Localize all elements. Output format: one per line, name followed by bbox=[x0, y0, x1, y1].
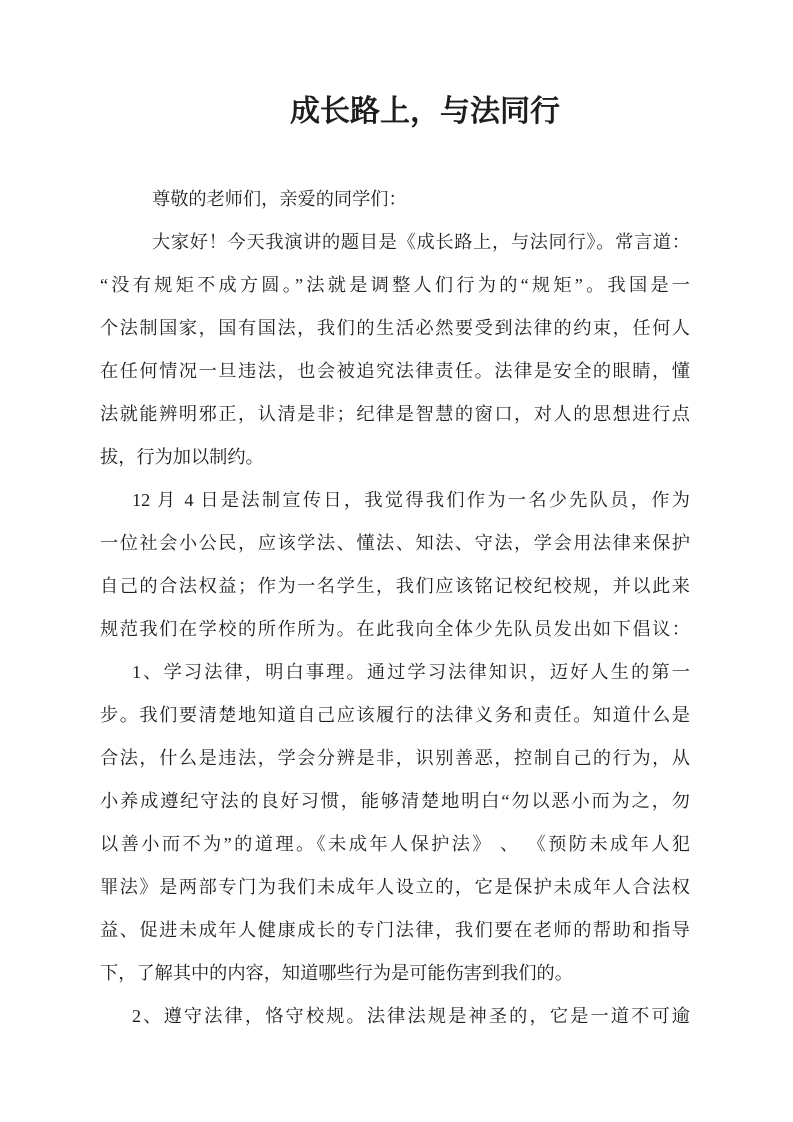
text-line: 2、遵守法律，恪守校规。法律法规是神圣的，它是一道不可逾 bbox=[100, 995, 690, 1038]
text-line: 一位社会小公民，应该学法、懂法、知法、守法，学会用法律来保护 bbox=[100, 522, 690, 565]
text-line: 1、学习法律，明白事理。通过学习法律知识，迈好人生的第一 bbox=[100, 651, 690, 694]
text-line: “没有规矩不成方圆。”法就是调整人们行为的“规矩”。我国是一 bbox=[100, 264, 690, 307]
text-line: 规范我们在学校的所作所为。在此我向全体少先队员发出如下倡议： bbox=[100, 608, 690, 651]
text-line: 拔，行为加以制约。 bbox=[100, 436, 690, 479]
text-line: 12 月 4 日是法制宣传日，我觉得我们作为一名少先队员，作为 bbox=[100, 479, 690, 522]
document-title: 成长路上，与法同行 bbox=[100, 92, 690, 132]
document-page: 成长路上，与法同行 尊敬的老师们，亲爱的同学们： 大家好！今天我演讲的题目是《成… bbox=[0, 0, 793, 1122]
text-line: 下，了解其中的内容，知道哪些行为是可能伤害到我们的。 bbox=[100, 952, 690, 995]
text-line: 罪法》是两部专门为我们未成年人设立的，它是保护未成年人合法权 bbox=[100, 866, 690, 909]
text-line: 个法制国家，国有国法，我们的生活必然要受到法律的约束，任何人 bbox=[100, 307, 690, 350]
paragraph-proposal-2-obey-law: 2、遵守法律，恪守校规。法律法规是神圣的，它是一道不可逾 bbox=[100, 995, 690, 1038]
text-line: 法就能辨明邪正，认清是非；纪律是智慧的窗口，对人的思想进行点 bbox=[100, 393, 690, 436]
text-line: 在任何情况一旦违法，也会被追究法律责任。法律是安全的眼睛，懂 bbox=[100, 350, 690, 393]
text-line: 步。我们要清楚地知道自己应该履行的法律义务和责任。知道什么是 bbox=[100, 694, 690, 737]
text-line: 以善小而不为”的道理。《未成年人保护法》 、 《预防未成年人犯 bbox=[100, 823, 690, 866]
paragraph-greeting: 尊敬的老师们，亲爱的同学们： bbox=[100, 178, 690, 221]
paragraph-proposal-1-learn-law: 1、学习法律，明白事理。通过学习法律知识，迈好人生的第一步。我们要清楚地知道自己… bbox=[100, 651, 690, 995]
text-line: 益、促进未成年人健康成长的专门法律，我们要在老师的帮助和指导 bbox=[100, 909, 690, 952]
paragraph-legal-publicity-day: 12 月 4 日是法制宣传日，我觉得我们作为一名少先队员，作为一位社会小公民，应… bbox=[100, 479, 690, 651]
text-line: 小养成遵纪守法的良好习惯，能够清楚地明白“勿以恶小而为之，勿 bbox=[100, 780, 690, 823]
paragraph-opening: 大家好！今天我演讲的题目是《成长路上，与法同行》。常言道：“没有规矩不成方圆。”… bbox=[100, 221, 690, 479]
text-line: 合法，什么是违法，学会分辨是非，识别善恶，控制自己的行为，从 bbox=[100, 737, 690, 780]
text-line: 尊敬的老师们，亲爱的同学们： bbox=[100, 178, 690, 221]
document-body: 尊敬的老师们，亲爱的同学们： 大家好！今天我演讲的题目是《成长路上，与法同行》。… bbox=[100, 178, 690, 1038]
text-line: 自己的合法权益；作为一名学生，我们应该铭记校纪校规，并以此来 bbox=[100, 565, 690, 608]
text-line: 大家好！今天我演讲的题目是《成长路上，与法同行》。常言道： bbox=[100, 221, 690, 264]
